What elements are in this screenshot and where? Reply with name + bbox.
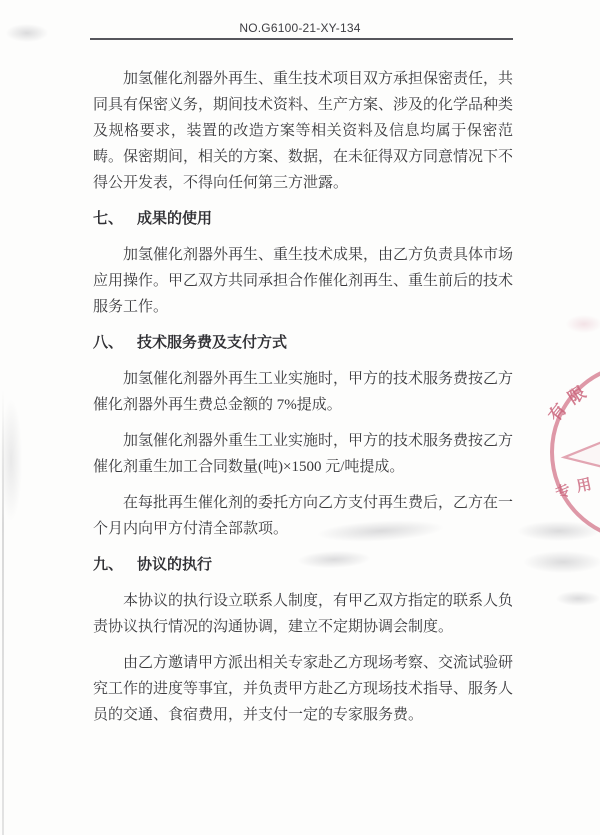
seal-char-yong: 用 [575,476,593,496]
paragraph-fee-regeneration: 加氢催化剂器外再生工业实施时，甲方的技术服务费按乙方催化剂器外再生费总金额的 7… [93,366,513,418]
seal-char-zhuan: 专 [553,480,574,502]
bleedthrough-smudge [524,551,600,573]
seal-star-icon [564,382,600,526]
section-7-title: 成果的使用 [137,211,212,227]
seal-char-xian: 限 [565,383,590,408]
bleedthrough-smudge [298,550,371,570]
paragraph-liaison: 本协议的执行设立联系人制度，有甲乙双方指定的联系人负责协议执行情况的沟通协调，建… [93,588,513,640]
section-8-title: 技术服务费及支付方式 [137,335,287,351]
section-heading-7: 七、成果的使用 [93,206,513,232]
scan-edge-artifact [2,390,4,835]
section-7-number: 七、 [93,211,123,227]
document-body: 加氢催化剂器外再生、重生技术项目双方承担保密责任，共同具有保密义务，期间技术资料… [93,66,513,738]
document-page: NO.G6100-21-XY-134 加氢催化剂器外再生、重生技术项目双方承担保… [0,0,600,835]
paragraph-confidentiality: 加氢催化剂器外再生、重生技术项目双方承担保密责任，共同具有保密义务，期间技术资料… [93,66,513,196]
paragraph-payment-terms: 在每批再生催化剂的委托方向乙方支付再生费后，乙方在一个月内向甲方付清全部款项。 [93,490,513,542]
seal-char-you: 有 [544,399,570,425]
bleedthrough-smudge [6,24,48,42]
paragraph-expert-visits: 由乙方邀请甲方派出相关专家赴乙方现场考察、交流试验研究工作的进度等事宜，并负责甲… [93,650,513,728]
paragraph-fee-rebirth: 加氢催化剂器外重生工业实施时，甲方的技术服务费按乙方催化剂重生加工合同数量(吨)… [93,428,513,480]
bleedthrough-smudge [556,591,600,606]
section-heading-8: 八、技术服务费及支付方式 [93,330,513,356]
bleedthrough-smudge [566,315,600,333]
header-rule [90,38,513,40]
section-9-number: 九、 [93,557,123,573]
paragraph-results-usage: 加氢催化剂器外再生、重生技术成果，由乙方负责具体市场应用操作。甲乙双方共同承担合… [93,242,513,320]
document-number: NO.G6100-21-XY-134 [0,21,600,35]
bleedthrough-smudge [518,521,600,541]
section-9-title: 协议的执行 [137,557,212,573]
section-8-number: 八、 [93,335,123,351]
seal-ring [552,364,600,540]
